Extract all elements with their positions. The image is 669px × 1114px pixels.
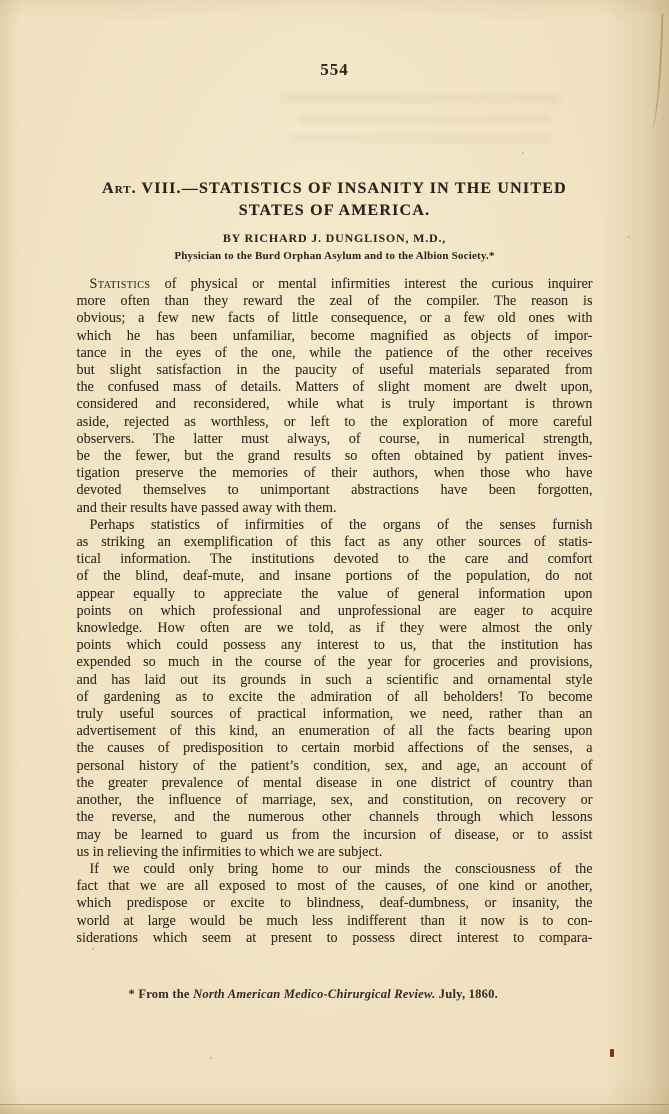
text-line: points which could possess any interest … [77, 637, 593, 654]
text-line: which predispose or excite to blindness,… [77, 895, 593, 912]
text-line: knowledge. How often are we told, as if … [77, 620, 593, 637]
text-line: the greater prevalence of mental disease… [77, 775, 593, 792]
text-line: obvious; a few new facts of little conse… [77, 310, 593, 327]
text-line: points on which professional and unprofe… [77, 603, 593, 620]
text-line: may be learned to guard us from the incu… [77, 827, 593, 844]
text-line: as striking an exemplification of this f… [77, 534, 593, 551]
footnote-suffix: July, 1860. [435, 987, 498, 1001]
red-ink-mark [610, 1049, 614, 1057]
text-line: siderations which seem at present to pos… [77, 930, 593, 947]
text-line: If we could only bring home to our minds… [77, 861, 593, 878]
page-number: 554 [0, 60, 669, 82]
text-line: expended so much in the course of the ye… [77, 654, 593, 671]
text-line: truly useful sources of practical inform… [77, 706, 593, 723]
text-line: devoted themselves to unimportant abstra… [77, 482, 593, 499]
text-line: the confused mass of details. Matters of… [77, 379, 593, 396]
text-line: tance in the eyes of the one, while the … [77, 345, 593, 362]
text-line: tical information. The institutions devo… [77, 551, 593, 568]
article-header: Art. VIII.—STATISTICS OF INSANITY IN THE… [0, 178, 669, 263]
text-line: personal history of the patient’s condit… [77, 758, 593, 775]
text-line: Statistics of physical or mental infirmi… [77, 276, 593, 293]
text-line: and has laid out its grounds in such a s… [77, 672, 593, 689]
small-caps-lead-word: Statistics [90, 276, 151, 292]
journal-title: North American Medico-Chirurgical Review… [193, 987, 435, 1001]
bottom-page-edge [0, 1104, 669, 1114]
text-line: the causes of predisposition to certain … [77, 740, 593, 757]
text-line: the reverse, and the numerous other chan… [77, 809, 593, 826]
text-line: appear equally to appreciate the value o… [77, 586, 593, 603]
scanned-page: 554 Art. VIII.—STATISTICS OF INSANITY IN… [0, 0, 669, 1114]
text-line: but slight satisfaction in the paucity o… [77, 362, 593, 379]
footnote-prefix: * From the [129, 987, 194, 1001]
article-title-text: VIII.—STATISTICS OF INSANITY IN THE UNIT… [137, 180, 567, 197]
text-line: of gardening as to excite the admiration… [77, 689, 593, 706]
paper-speckles [0, 0, 2, 2]
text-line: considered and reconsidered, while what … [77, 396, 593, 413]
footnote: * From the North American Medico-Chirurg… [77, 987, 593, 1002]
text-line: aside, rejected as worthless, or left to… [77, 414, 593, 431]
text-line: and their results have passed away with … [77, 500, 593, 517]
text-line: observers. The latter must always, of co… [77, 431, 593, 448]
text-line: fact that we are all exposed to most of … [77, 878, 593, 895]
text-line: us in relieving the infirmities to which… [77, 844, 593, 861]
text-line: another, the influence of marriage, sex,… [77, 792, 593, 809]
text-line: of the blind, deaf-mute, and insane port… [77, 568, 593, 585]
author-byline: BY RICHARD J. DUNGLISON, M.D., [0, 231, 669, 245]
text-line: more often than they reward the zeal of … [77, 293, 593, 310]
article-title-line-2: STATES OF AMERICA. [0, 200, 669, 222]
author-affiliation: Physician to the Burd Orphan Asylum and … [0, 250, 669, 263]
article-title-line-1: Art. VIII.—STATISTICS OF INSANITY IN THE… [0, 178, 669, 200]
text-line: Perhaps statistics of infirmities of the… [77, 517, 593, 534]
text-line: advertisement of this kind, an enumerati… [77, 723, 593, 740]
text-line: world at large would be much less indiff… [77, 913, 593, 930]
text-line: which he has been unfamiliar, become mag… [77, 328, 593, 345]
text-line: be the fewer, but the grand results so o… [77, 448, 593, 465]
reverse-side-show-through [280, 95, 580, 165]
article-number-label: Art. [102, 180, 136, 197]
article-body: Statistics of physical or mental infirmi… [77, 276, 593, 947]
text-line: tigation preserve the memories of their … [77, 465, 593, 482]
